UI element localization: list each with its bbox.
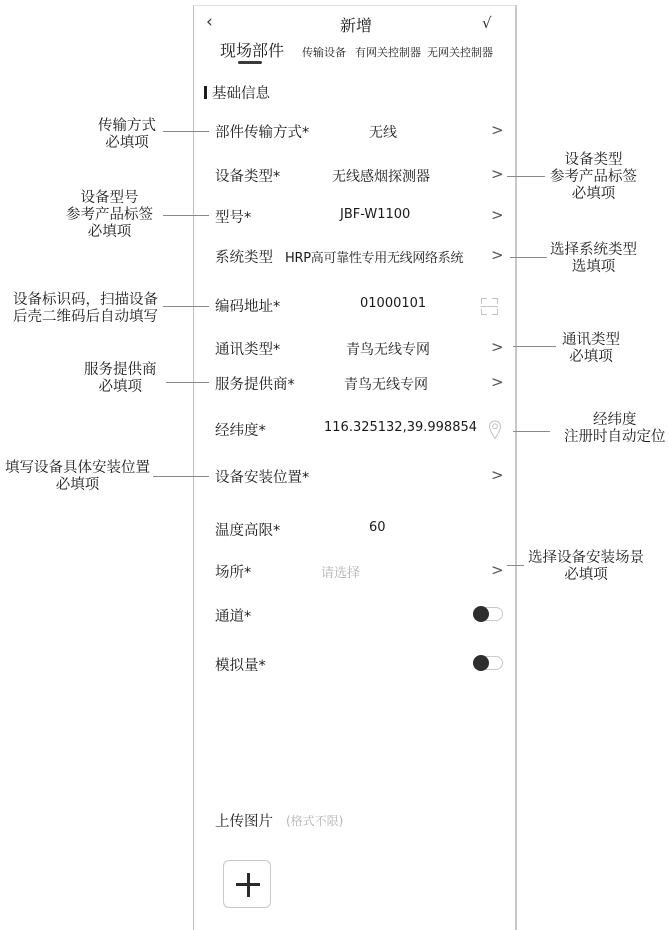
leader-line bbox=[163, 306, 209, 307]
row-venue[interactable]: 场所* 请选择 > bbox=[194, 561, 518, 585]
leader-line bbox=[513, 346, 556, 347]
annotation-line: 设备类型 bbox=[550, 152, 637, 169]
leader-line bbox=[153, 476, 209, 477]
page-title: 新增 bbox=[194, 13, 518, 36]
chevron-right-icon[interactable]: > bbox=[491, 206, 504, 224]
section-title: 基础信息 bbox=[212, 86, 270, 102]
row-device-type[interactable]: 设备类型* 无线感烟探测器 > bbox=[194, 165, 518, 189]
toggle-knob bbox=[473, 606, 489, 622]
leader-line bbox=[166, 382, 209, 383]
leader-line bbox=[507, 176, 545, 177]
annotation-line: 必填项 bbox=[66, 224, 153, 241]
chevron-right-icon[interactable]: > bbox=[491, 246, 504, 264]
leader-line bbox=[163, 131, 209, 132]
field-value: 无线感烟探测器 bbox=[332, 166, 430, 186]
location-pin-icon[interactable] bbox=[488, 420, 502, 440]
leader-line bbox=[507, 565, 524, 566]
field-label: 场所* bbox=[215, 561, 251, 582]
leader-line bbox=[513, 431, 550, 432]
row-transmission-mode[interactable]: 部件传输方式* 无线 > bbox=[194, 121, 518, 145]
annotation-line: 必填项 bbox=[528, 567, 644, 584]
annotation-device-type: 设备类型 参考产品标签 必填项 bbox=[550, 152, 637, 203]
annotation-line: 设备型号 bbox=[66, 190, 153, 207]
field-label: 服务提供商* bbox=[215, 373, 295, 394]
annotation-transmission-mode: 传输方式 必填项 bbox=[98, 118, 156, 152]
row-channel[interactable]: 通道* bbox=[194, 605, 518, 629]
field-label: 通道* bbox=[215, 605, 251, 626]
annotation-line: 必填项 bbox=[5, 477, 150, 494]
annotation-line: 选择设备安装场景 bbox=[528, 550, 644, 567]
annotation-line: 传输方式 bbox=[98, 118, 156, 135]
chevron-right-icon[interactable]: > bbox=[491, 338, 504, 356]
row-coordinates[interactable]: 经纬度* 116.325132,39.998854 bbox=[194, 419, 518, 443]
tab-transmission-device[interactable]: 传输设备 bbox=[302, 44, 346, 60]
annotation-system-type: 选择系统类型 选填项 bbox=[550, 242, 637, 276]
field-label: 编码地址* bbox=[215, 295, 280, 316]
field-value: 青鸟无线专网 bbox=[344, 374, 428, 394]
annotation-line: 参考产品标签 bbox=[550, 169, 637, 186]
leader-line bbox=[510, 257, 547, 258]
chevron-right-icon[interactable]: > bbox=[491, 121, 504, 139]
field-value: HRP高可靠性专用无线网络系统 bbox=[285, 247, 463, 266]
chevron-right-icon[interactable]: > bbox=[491, 373, 504, 391]
tab-gateway-controller[interactable]: 有网关控制器 bbox=[355, 44, 421, 60]
field-label: 模拟量* bbox=[215, 654, 266, 675]
annotation-line: 必填项 bbox=[98, 135, 156, 152]
annotation-line: 设备标识码，扫描设备 bbox=[13, 292, 158, 309]
annotation-line: 服务提供商 bbox=[84, 362, 157, 379]
field-label: 设备类型* bbox=[215, 165, 280, 186]
toggle-knob bbox=[473, 655, 489, 671]
plus-icon-vertical bbox=[247, 873, 250, 897]
annotation-line: 参考产品标签 bbox=[66, 207, 153, 224]
field-value: 无线 bbox=[369, 122, 397, 142]
field-value: 01000101 bbox=[360, 296, 426, 311]
annotation-line: 必填项 bbox=[562, 349, 620, 366]
row-temp-upper-limit[interactable]: 温度高限* 60 bbox=[194, 519, 518, 543]
section-basic-info: 基础信息 bbox=[204, 82, 270, 103]
row-system-type[interactable]: 系统类型 HRP高可靠性专用无线网络系统 > bbox=[194, 246, 518, 270]
analog-toggle[interactable] bbox=[473, 656, 503, 670]
venue-placeholder: 请选择 bbox=[321, 562, 360, 581]
annotation-line: 必填项 bbox=[84, 379, 157, 396]
temp-limit-input[interactable]: 60 bbox=[369, 520, 386, 535]
add-image-button[interactable] bbox=[223, 860, 271, 908]
annotation-line: 后壳二维码后自动填写 bbox=[13, 309, 158, 326]
annotation-comm-type: 通讯类型 必填项 bbox=[562, 332, 620, 366]
annotation-line: 必填项 bbox=[550, 186, 637, 203]
section-marker bbox=[204, 86, 207, 99]
field-label: 部件传输方式* bbox=[215, 121, 309, 142]
annotation-line: 选填项 bbox=[550, 259, 637, 276]
field-label: 型号* bbox=[215, 206, 251, 227]
upload-format-hint: (格式不限) bbox=[286, 812, 343, 829]
annotation-line: 填写设备具体安装位置 bbox=[5, 460, 150, 477]
tab-onsite-parts[interactable]: 现场部件 bbox=[220, 38, 284, 61]
scan-qr-icon[interactable] bbox=[481, 298, 498, 315]
field-label: 经纬度* bbox=[215, 419, 266, 440]
annotation-model: 设备型号 参考产品标签 必填项 bbox=[66, 190, 153, 241]
annotation-line: 选择系统类型 bbox=[550, 242, 637, 259]
field-value: JBF-W1100 bbox=[340, 207, 410, 222]
annotation-coordinates: 经纬度 注册时自动定位 bbox=[564, 412, 666, 446]
channel-toggle[interactable] bbox=[473, 607, 503, 621]
row-analog[interactable]: 模拟量* bbox=[194, 654, 518, 678]
chevron-right-icon[interactable]: > bbox=[491, 561, 504, 579]
row-code-address[interactable]: 编码地址* 01000101 bbox=[194, 295, 518, 319]
annotation-line: 经纬度 bbox=[564, 412, 666, 429]
field-value: 116.325132,39.998854 bbox=[324, 420, 477, 435]
chevron-right-icon[interactable]: > bbox=[491, 466, 504, 484]
upload-image-label: 上传图片 bbox=[215, 810, 273, 831]
field-label: 通讯类型* bbox=[215, 338, 280, 359]
annotation-venue: 选择设备安装场景 必填项 bbox=[528, 550, 644, 584]
confirm-check-icon[interactable]: √ bbox=[482, 14, 492, 32]
annotation-install-location: 填写设备具体安装位置 必填项 bbox=[5, 460, 150, 494]
annotation-service-provider: 服务提供商 必填项 bbox=[84, 362, 157, 396]
annotation-line: 通讯类型 bbox=[562, 332, 620, 349]
annotation-line: 注册时自动定位 bbox=[564, 429, 666, 446]
row-comm-type[interactable]: 通讯类型* 青鸟无线专网 > bbox=[194, 338, 518, 362]
field-label: 温度高限* bbox=[215, 519, 280, 540]
field-label: 系统类型 bbox=[215, 246, 273, 267]
active-tab-indicator bbox=[238, 61, 262, 64]
field-label: 设备安装位置* bbox=[215, 466, 309, 487]
annotation-code-address: 设备标识码，扫描设备 后壳二维码后自动填写 bbox=[13, 292, 158, 326]
phone-screen: ‹ 新增 √ 现场部件 传输设备 有网关控制器 无网关控制器 基础信息 部件传输… bbox=[193, 5, 517, 930]
tab-no-gateway-controller[interactable]: 无网关控制器 bbox=[427, 44, 493, 60]
row-install-location[interactable]: 设备安装位置* > bbox=[194, 466, 518, 490]
field-value: 青鸟无线专网 bbox=[346, 339, 430, 359]
row-service-provider[interactable]: 服务提供商* 青鸟无线专网 > bbox=[194, 373, 518, 397]
leader-line bbox=[163, 215, 209, 216]
chevron-right-icon[interactable]: > bbox=[491, 165, 504, 183]
row-model[interactable]: 型号* JBF-W1100 > bbox=[194, 206, 518, 230]
